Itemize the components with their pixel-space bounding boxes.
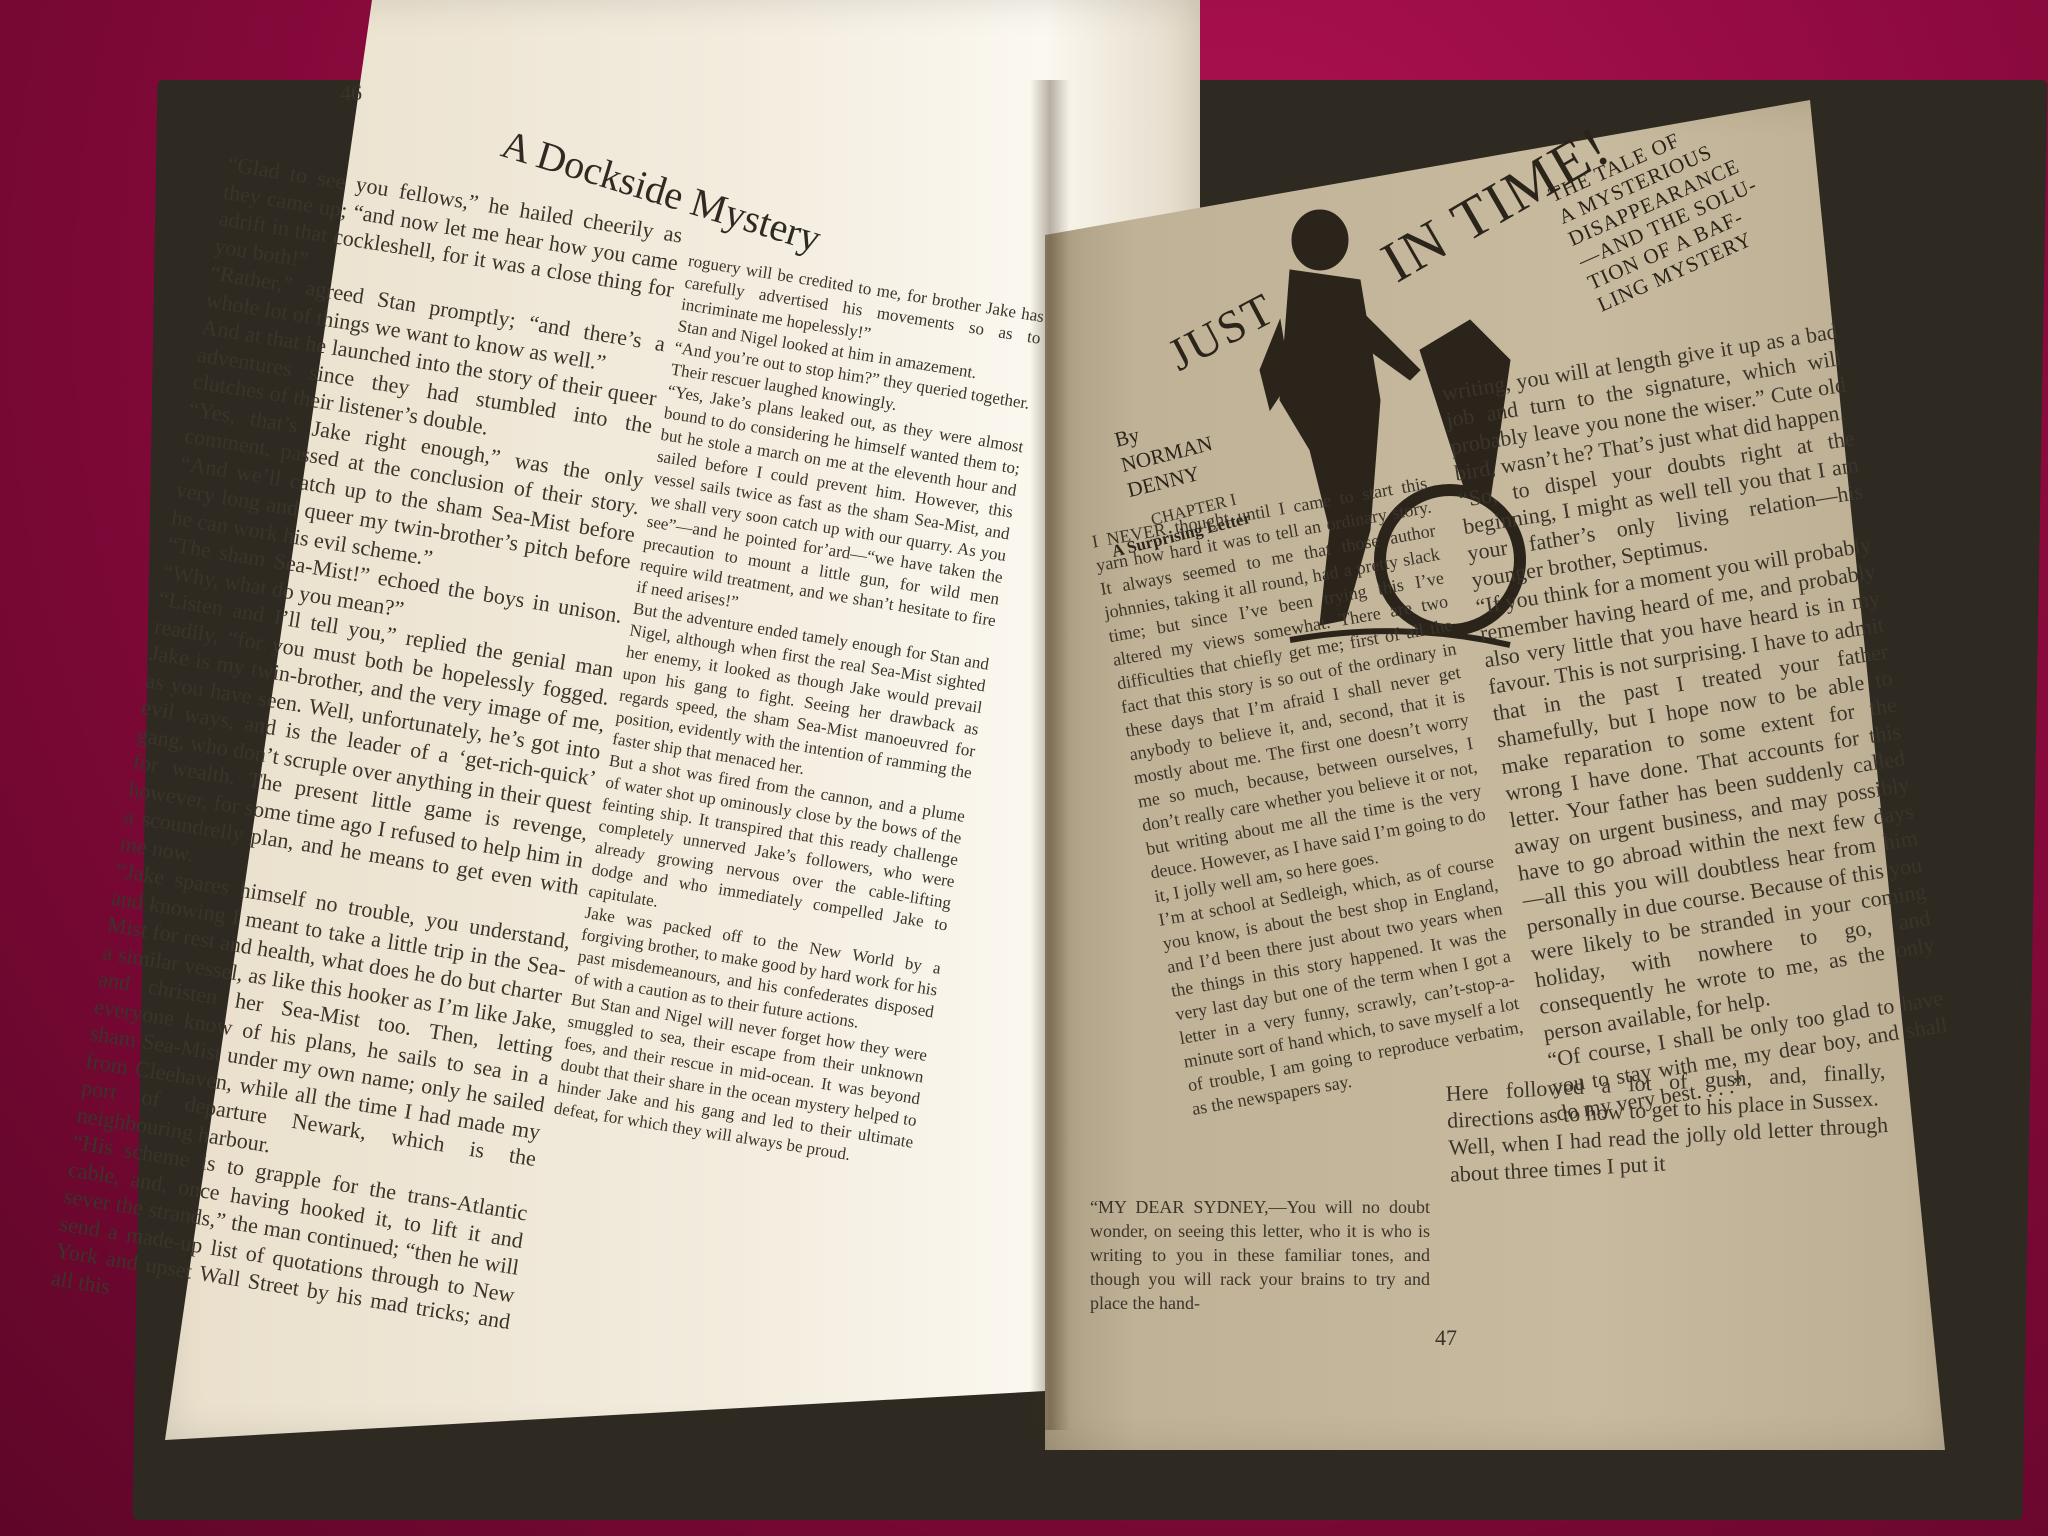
right-column-4-text: Here followed a lot of gush, and, finall… <box>1445 1057 1890 1188</box>
right-column-3-text: “MY DEAR SYDNEY,—You will no doubt wonde… <box>1090 1195 1430 1315</box>
book-gutter <box>1030 80 1070 1430</box>
left-page-number: 46 <box>340 80 362 106</box>
right-page-number: 47 <box>1435 1325 1457 1351</box>
